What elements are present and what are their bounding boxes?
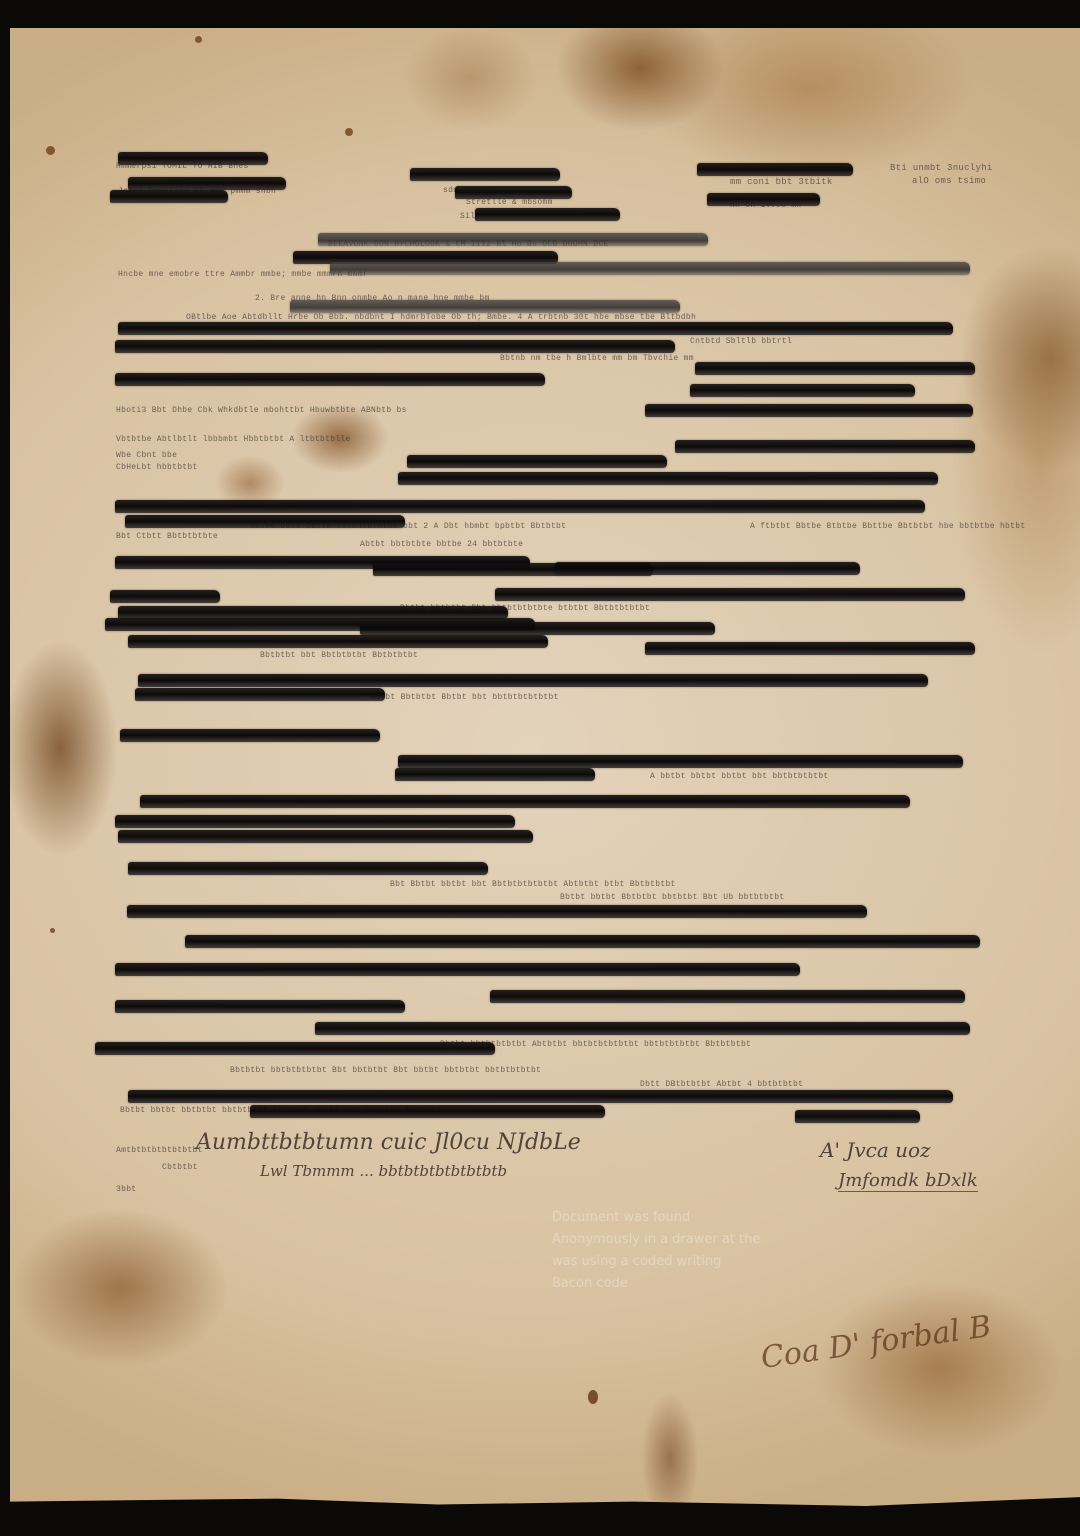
signature-left: Aumbttbtbtumn cuic Jl0cu NJdbLe bbox=[196, 1130, 581, 1155]
redaction-bar bbox=[110, 590, 220, 603]
redaction-bar bbox=[707, 193, 820, 206]
redaction-bar bbox=[410, 168, 560, 181]
redaction-bar bbox=[398, 472, 938, 485]
redaction-bar bbox=[495, 588, 965, 601]
redaction-bar bbox=[127, 905, 867, 918]
signature-left-sub: Lwl Tbmmm ... bbtbtbtbtbtbtbtb bbox=[260, 1162, 507, 1180]
redaction-bar bbox=[675, 440, 975, 453]
redaction-bar bbox=[135, 688, 385, 701]
body-line: Bbt Ctbtt Bbtbtbtbte bbox=[116, 532, 218, 541]
redaction-bar bbox=[118, 152, 268, 165]
redaction-bar bbox=[128, 1090, 953, 1103]
body-line: Bbtnb nm tbe h Bmlbte mm bm Tbvchie mm bbox=[500, 354, 694, 363]
body-line: Abtbt bbtbtbte bbtbe 24 bbtbtbte bbox=[360, 540, 523, 549]
redaction-bar bbox=[128, 177, 286, 190]
signature-small-2: 3bbt bbox=[116, 1185, 136, 1194]
signature-small-1: Cbtbtbt bbox=[162, 1163, 198, 1172]
redaction-bar bbox=[695, 362, 975, 375]
redaction-bar bbox=[455, 186, 572, 199]
redaction-bar bbox=[475, 208, 620, 221]
redaction-bar bbox=[185, 935, 980, 948]
redaction-bar bbox=[115, 340, 675, 353]
header-line-center-2: Stretlle & mbsomm bbox=[466, 198, 553, 207]
body-line: OBtlbe Aoe Abtdbllt Hrbe Ob Bbb. nbdbnt … bbox=[186, 313, 696, 322]
body-line: Hboti3 Bbt Dhbe Cbk Whkdbtle mbohttbt Hb… bbox=[116, 406, 407, 415]
redaction-bar bbox=[795, 1110, 920, 1123]
body-line: Wbe Cbnt bbe bbox=[116, 451, 177, 460]
redaction-bar bbox=[140, 795, 910, 808]
redaction-bar bbox=[250, 1105, 605, 1118]
redaction-bar bbox=[115, 815, 515, 828]
body-line: A ftbtbt Bbtbe Btbtbe Bbttbe Bbtbtbt hbe… bbox=[750, 522, 1025, 531]
redaction-bar bbox=[110, 190, 228, 203]
redaction-bar bbox=[118, 322, 953, 335]
body-line: Bbt Bbtbt bbtbt bbt Bbtbtbtbtbtbt Abtbtb… bbox=[390, 880, 676, 889]
redaction-bar bbox=[115, 373, 545, 386]
redaction-bar bbox=[115, 963, 800, 976]
header-line-center-3: Sil bbox=[460, 212, 475, 221]
redaction-bar bbox=[115, 1000, 405, 1013]
redaction-bar bbox=[645, 404, 973, 417]
redaction-bar bbox=[490, 990, 965, 1003]
redaction-bar bbox=[115, 500, 925, 513]
redaction-bar bbox=[330, 262, 970, 275]
body-line: Cntbtd Sbltlb bbtrtl bbox=[690, 337, 792, 346]
redaction-bar bbox=[128, 635, 548, 648]
body-line: A bbtbt bbtbt bbtbt bbt bbtbtbtbtbt bbox=[650, 772, 829, 781]
redaction-bar bbox=[120, 729, 380, 742]
stain-spot bbox=[345, 128, 353, 136]
stain-spot bbox=[195, 36, 202, 43]
signature-right-1: A' Jvca uoz bbox=[820, 1138, 931, 1162]
stain-spot bbox=[46, 146, 55, 155]
redaction-bar bbox=[118, 830, 533, 843]
redaction-bar bbox=[407, 455, 667, 468]
redaction-bar bbox=[395, 768, 595, 781]
redaction-bar bbox=[690, 384, 915, 397]
redaction-bar bbox=[128, 862, 488, 875]
redaction-bar bbox=[645, 642, 975, 655]
redaction-bar bbox=[315, 1022, 970, 1035]
signature-right-2: Jmfomdk bDxlk bbox=[838, 1170, 978, 1192]
stain-spot bbox=[50, 928, 55, 933]
body-line: Vbtbtbe Abtlbtlt lbbbmbt Hbbtbtbt A ltbt… bbox=[116, 435, 351, 444]
body-line: Gbtbt Bbtbtbt Bbtbt bbt bbtbtbtbtbtbt bbox=[370, 693, 559, 702]
body-line: Bbtbtbt bbt Bbtbtbtbt Bbtbtbtbt bbox=[260, 651, 418, 660]
body-line: Dbtt DBtbtbtbt Abtbt 4 bbtbtbtbt bbox=[640, 1080, 803, 1089]
redaction-bar bbox=[290, 300, 680, 313]
corner-line-2: alO oms tsimo bbox=[912, 176, 986, 186]
body-line: CbHeLbt hbbtbtbt bbox=[116, 463, 198, 472]
corner-line-1: Bti unmbt 3nuclyhi bbox=[890, 163, 993, 173]
redaction-bar bbox=[697, 163, 853, 176]
redaction-bar bbox=[95, 1042, 495, 1055]
redaction-bar bbox=[125, 515, 405, 528]
redaction-bar bbox=[318, 233, 708, 246]
faint-note: Document was found Anonymously in a draw… bbox=[552, 1207, 760, 1295]
body-line: Bbtbt bbtbt Bbtbtbt bbtbtbt Bbt Ub bbtbt… bbox=[560, 893, 784, 902]
header-line-right-1: mm coni bbt 3tbitk bbox=[730, 177, 833, 187]
redaction-bar bbox=[555, 562, 860, 575]
body-line: Bbtbtbt bbtbtbtbtbt Bbt bbtbtbt Bbt bbtb… bbox=[230, 1066, 541, 1075]
redaction-bar bbox=[360, 622, 715, 635]
redaction-bar bbox=[398, 755, 963, 768]
redaction-bar bbox=[138, 674, 928, 687]
stain-spot bbox=[588, 1390, 598, 1404]
signature-label: Amtbtbtbtbtbtbtbt bbox=[116, 1146, 203, 1155]
